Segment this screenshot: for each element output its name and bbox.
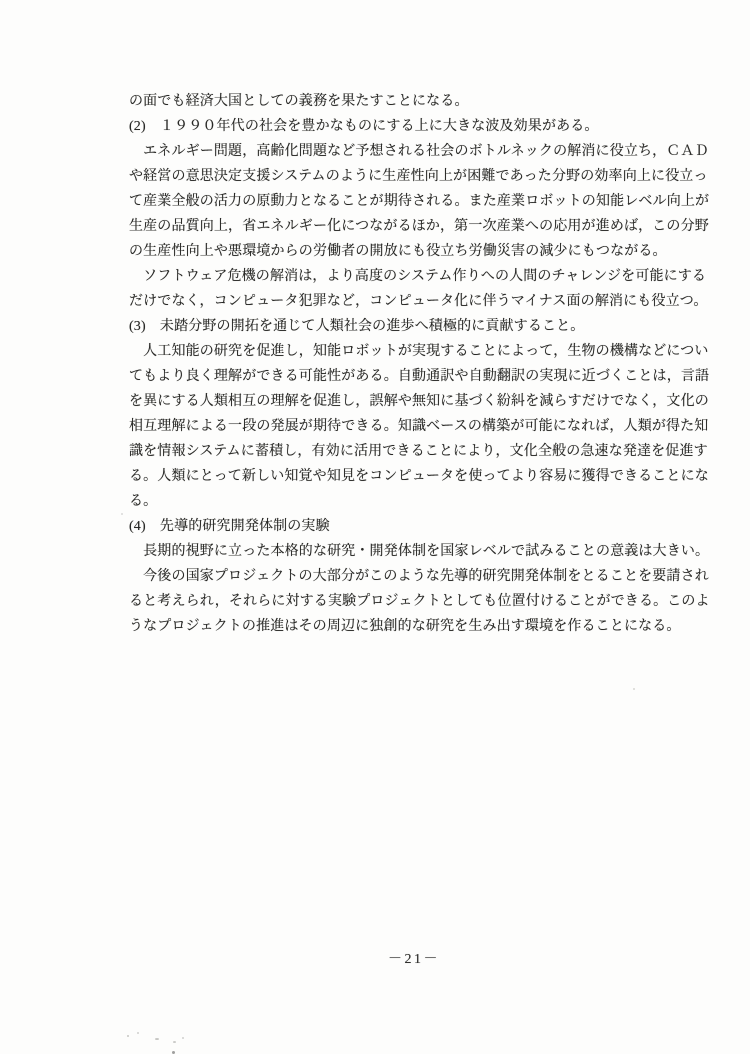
scan-noise-speck — [127, 1035, 129, 1037]
text-line: だけでなく，コンピュータ犯罪など，コンピュータ化に伴うマイナス面の解消にも役立つ… — [129, 289, 704, 314]
scan-noise-speck — [633, 688, 635, 690]
text-line: ると考えられ，それらに対する実験プロジェクトとしても位置付けることができる。この… — [129, 589, 704, 614]
scan-noise-speck — [121, 513, 123, 515]
text-line: 長期的視野に立った本格的な研究・開発体制を国家レベルで試みることの意義は大きい。 — [129, 539, 704, 564]
text-line: 識を情報システムに蓄積し，有効に活用できることにより，文化全般の急速な発達を促進… — [129, 439, 704, 464]
text-line: うなプロジェクトの推進はその周辺に独創的な研究を生み出す環境を作ることになる。 — [129, 614, 704, 639]
scan-noise-speck — [182, 1037, 184, 1039]
scan-noise-speck — [173, 1041, 176, 1043]
document-page: の面でも経済大国としての義務を果たすことになる。(2) １９９０年代の社会を豊か… — [0, 0, 750, 1054]
text-line: (3) 未踏分野の開拓を通じて人類社会の進歩へ積極的に貢献すること。 — [129, 314, 704, 339]
text-line: を異にする人類相互の理解を促進し，誤解や無知に基づく紛糾を減らすだけでなく，文化… — [129, 389, 704, 414]
text-line: て産業全般の活力の原動力となることが期待される。また産業ロボットの知能レベル向上… — [129, 189, 704, 214]
scan-noise-speck — [155, 1038, 159, 1040]
text-line: 相互理解による一段の発展が期待できる。知識ベースの構築が可能になれば，人類が得た… — [129, 414, 704, 439]
scan-noise-speck — [137, 1032, 139, 1034]
text-line: ソフトウェア危機の解消は，より高度のシステム作りへの人間のチャレンジを可能にする — [129, 264, 704, 289]
text-line: の面でも経済大国としての義務を果たすことになる。 — [129, 89, 704, 114]
text-line: てもより良く理解ができる可能性がある。自動通訳や自動翻訳の実現に近づくことは，言… — [129, 364, 704, 389]
text-line: 生産の品質向上，省エネルギー化につながるほか，第一次産業への応用が進めば，この分… — [129, 214, 704, 239]
text-line: る。人類にとって新しい知覚や知見をコンピュータを使ってより容易に獲得できることに… — [129, 464, 704, 489]
page-number: －21－ — [388, 948, 440, 968]
text-line: 人工知能の研究を促進し，知能ロボットが実現することによって，生物の機構などについ — [129, 339, 704, 364]
text-line: る。 — [129, 489, 704, 514]
text-line: や経営の意思決定支援システムのように生産性向上が困難であった分野の効率向上に役立… — [129, 164, 704, 189]
text-line: (2) １９９０年代の社会を豊かなものにする上に大きな波及効果がある。 — [129, 114, 704, 139]
text-line: 今後の国家プロジェクトの大部分がこのような先導的研究開発体制をとることを要請され — [129, 564, 704, 589]
text-line: の生産性向上や悪環境からの労働者の開放にも役立ち労働災害の減少にもつながる。 — [129, 239, 704, 264]
text-line: (4) 先導的研究開発体制の実験 — [129, 514, 704, 539]
text-line: エネルギー問題，高齢化問題など予想される社会のボトルネックの解消に役立ち，ＣＡＤ — [129, 139, 704, 164]
body-text: の面でも経済大国としての義務を果たすことになる。(2) １９９０年代の社会を豊か… — [129, 89, 704, 639]
